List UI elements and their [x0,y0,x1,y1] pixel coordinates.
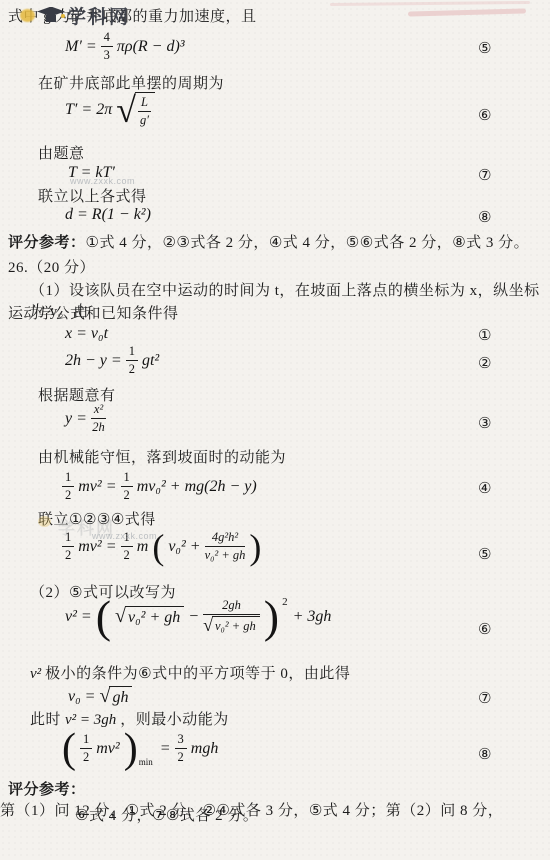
equation-d: d = R(1 − k²) [65,206,151,224]
zxxk-url-watermark: www.zxxk.com [70,176,135,186]
fraction: 1 2 [62,470,74,503]
eq4-t1: mv² = [78,478,116,496]
eq8b-t1: mv² [96,740,119,758]
sqrt-sign: √ [116,92,136,128]
equation-8-row: d = R(1 − k²) ⑧ [0,206,550,228]
line-by-topic: 由题意 [0,144,550,165]
fraction: 2gh √ v₀² + gh [203,598,260,635]
logo-blob [20,9,35,22]
line-energy: 由机械能守恒，落到坡面时的动能为 [0,448,550,469]
line-union1: 联立以上各式得 [0,187,550,208]
eq2-rhs: gt² [142,352,159,370]
eq5-lhs: M′ = [65,38,97,56]
frac-den: 2 [80,749,92,765]
line-scoring-25: 评分参考：①式 4 分，②③式各 2 分，④式 4 分，⑤⑥式各 2 分，⑧式 … [0,233,550,254]
fraction: L g′ [138,95,151,128]
equation-number-5b: ⑤ [478,545,491,563]
equation-number-3: ③ [478,414,491,432]
eq8b-t2: mgh [191,740,219,758]
scoring26-label: 评分参考： [8,780,86,801]
square-root: √ v₀² + gh [115,606,184,627]
equation-min-kinetic: ( 1 2 mv² ) min = 3 2 mgh [62,732,218,765]
frac-den: g′ [138,112,151,128]
equation-8b-row: ( 1 2 mv² ) min = 3 2 mgh ⑧ [0,732,550,776]
line-this-time: 此时 v² = 3gh ，则最小动能为 [0,710,550,731]
frac-num: L [138,95,151,112]
scan-artifact-pink-streak-2 [330,1,530,6]
equation-number-4: ④ [478,479,491,497]
equation-rewritten: v² = ( √ v₀² + gh − 2gh √ v₀² + gh ) 2 +… [65,598,331,635]
equation-3-row: y = x² 2h ③ [0,402,550,444]
line-scoring-26b: ⑥式 4 分，⑦⑧式各 2 分。 [0,806,550,827]
frac-den: 2h [91,419,106,435]
energy-text: 由机械能守恒，落到坡面时的动能为 [38,448,286,469]
cap-tassel [61,14,65,18]
min-cond-math: v² [30,666,41,683]
eq1-body: x = v₀t [65,325,108,343]
frac-num: 1 [62,470,74,487]
equation-t-prime: T′ = 2π √ L g′ [65,92,155,128]
frac-den: √ v₀² + gh [203,615,260,635]
equation-number-2: ② [478,354,491,372]
sqrt-body: gh [109,686,132,707]
equation-number-8: ⑧ [478,208,491,226]
frac-num: 4 [101,30,113,47]
equation-5-row: M′ = 4 3 πρ(R − d)³ ⑤ [0,30,550,66]
graduation-cap-icon [37,7,65,25]
fraction: 4g²h² v₀² + gh [205,530,246,563]
zxxk-ghost-blob [38,516,51,527]
zxxk-logo-watermark: 学科网 [20,2,130,29]
eq6b-lhs: v² = [65,608,92,626]
equation-number-7: ⑦ [478,166,491,184]
frac-den: 2 [62,547,74,563]
sqrt-body: L g′ [135,92,155,128]
equation-6-row: T′ = 2π √ L g′ ⑥ [0,92,550,138]
equation-number-6: ⑥ [478,106,491,124]
scoring25-text: ①式 4 分，②③式各 2 分，④式 4 分，⑤⑥式各 2 分，⑧式 3 分。 [86,233,530,254]
frac-num: 2gh [203,598,260,615]
square-root: √ v₀² + gh [203,616,260,634]
frac-num: 3 [175,732,187,749]
eq6b-tail: + 3gh [293,608,332,626]
fraction: 3 2 [175,732,187,765]
frac-den: 2 [62,487,74,503]
eq6-lhs: T′ = 2π [65,101,112,119]
line-q26-header: 26.（20 分） [0,258,550,279]
frac-num: 4g²h² [205,530,246,547]
equation-7b-row: v₀ = √ gh ⑦ [0,686,550,710]
frac-den: 3 [101,47,113,63]
fraction: 4 3 [101,30,113,63]
frac-num: 1 [121,470,133,487]
eq5b-inner: v₀² + [168,538,200,556]
frac-den: 2 [126,361,138,377]
this-time-pre: 此时 [30,710,61,731]
frac-den: 2 [121,487,133,503]
min-subscript: min [139,757,153,767]
fraction: 1 2 [126,344,138,377]
eq7b-lhs: v₀ = [68,688,95,706]
eq8-body: d = R(1 − k²) [65,206,151,224]
zxxk-url-watermark-2: www.zxxk.com [92,531,157,541]
equation-6b-row: v² = ( √ v₀² + gh − 2gh √ v₀² + gh ) 2 +… [0,598,550,660]
frac-den: 2 [121,547,133,563]
equation-number-5: ⑤ [478,39,491,57]
p1b-text: 运动学公式和已知条件得 [8,304,179,325]
equation-4-row: 1 2 mv² = 1 2 mv₀² + mg(2h − y) ④ [0,468,550,508]
frac-num: 1 [126,344,138,361]
document-page: www.zxxk.com www.zxxk.com 学科网 式中 g′为矿井底部… [0,0,550,860]
eq4-t2: mv₀² + mg(2h − y) [137,478,257,496]
min-cond-text: 极小的条件为⑥式中的平方项等于 0，由此得 [45,664,350,685]
outer-square-exponent: 2 [282,596,288,608]
equation-v0: v₀ = √ gh [68,686,132,707]
equation-y: y = x² 2h [65,402,106,435]
fraction: 1 2 [121,470,133,503]
scoring25-label: 评分参考： [8,233,86,254]
equation-m-prime: M′ = 4 3 πρ(R − d)³ [65,30,185,63]
equation-kinetic: 1 2 mv² = 1 2 mv₀² + mg(2h − y) [62,470,257,503]
fraction: 1 2 [80,732,92,765]
cap-base [46,15,56,22]
equals-sign: = [160,740,171,758]
by-topic-text: 由题意 [38,144,85,165]
line-min-condition: v² 极小的条件为⑥式中的平方项等于 0，由此得 [0,664,550,685]
logo-text: 学科网 [67,2,130,29]
equation-number-7b: ⑦ [478,689,491,707]
q26-header-text: 26.（20 分） [8,258,95,279]
equation-number-8b: ⑧ [478,745,491,763]
equation-1-row: x = v₀t ① [0,325,550,345]
equation-2-row: 2h − y = 1 2 gt² ② [0,344,550,382]
scoring26b-text: ⑥式 4 分，⑦⑧式各 2 分。 [75,806,258,827]
v-squared: v² [30,666,41,683]
frac-den: 2 [175,749,187,765]
sqrt-body: v₀² + gh [212,616,260,634]
frac-num: 1 [80,732,92,749]
frac-num: x² [91,402,106,419]
eq2-lhs: 2h − y = [65,352,122,370]
equation-number-6b: ⑥ [478,620,491,638]
equation-number-1: ① [478,326,491,344]
fraction: x² 2h [91,402,106,435]
minus-sign: − [188,608,199,626]
square-root: √ gh [99,686,132,707]
union1-text: 联立以上各式得 [38,187,147,208]
eq3-lhs: y = [65,410,87,428]
square-root: √ L g′ [116,92,155,128]
frac-den: v₀² + gh [205,547,246,563]
equation-2h-y: 2h − y = 1 2 gt² [65,344,159,377]
sqrt-body: v₀² + gh [125,606,184,627]
eq5-rhs: πρ(R − d)³ [117,38,185,56]
line-p1b: 运动学公式和已知条件得 [0,304,550,325]
equation-x: x = v₀t [65,325,108,343]
